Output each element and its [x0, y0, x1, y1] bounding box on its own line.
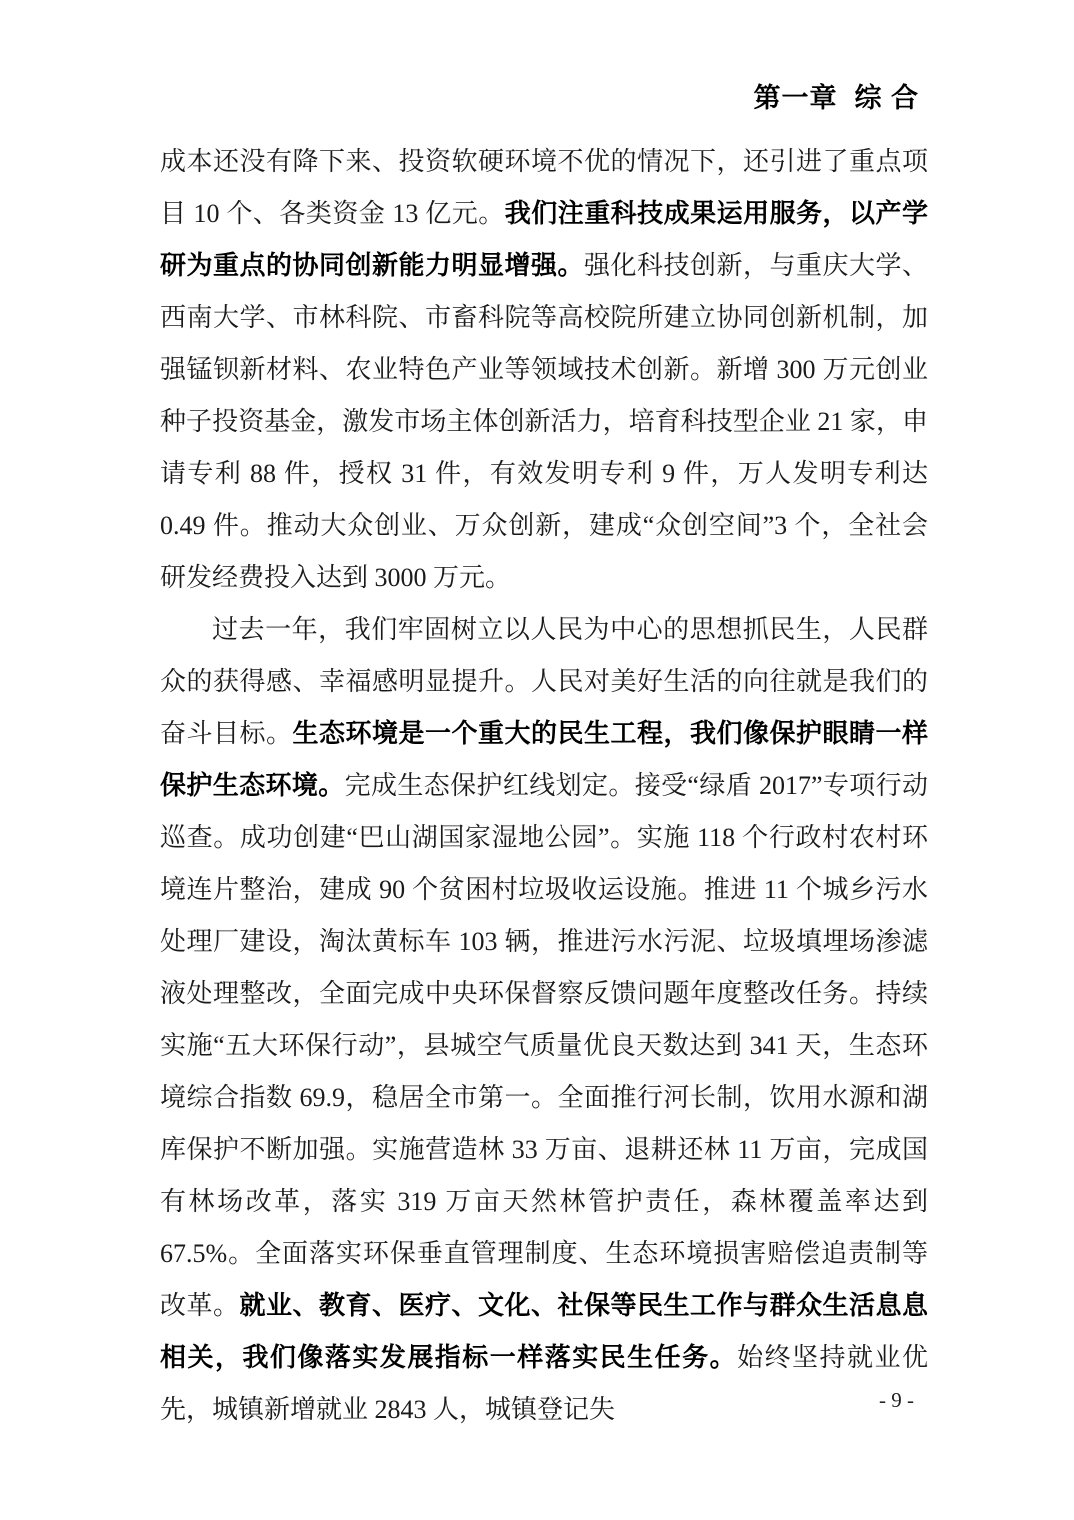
text-run: 完成生态保护红线划定。接受“绿盾 2017”专项行动巡查。成功创建“巴山湖国家湿… — [160, 771, 928, 1320]
page-number: - 9 - — [879, 1388, 914, 1413]
text-run: 强化科技创新，与重庆大学、西南大学、市林科院、市畜科院等高校院所建立协同创新机制… — [160, 251, 928, 592]
document-body: 成本还没有降下来、投资软硬环境不优的情况下，还引进了重点项目 10 个、各类资金… — [160, 136, 928, 1436]
document-page: 第一章 综 合 成本还没有降下来、投资软硬环境不优的情况下，还引进了重点项目 1… — [0, 0, 1074, 1520]
paragraph-people-livelihood: 过去一年，我们牢固树立以人民为中心的思想抓民生，人民群众的获得感、幸福感明显提升… — [160, 604, 928, 1436]
paragraph-continuation: 成本还没有降下来、投资软硬环境不优的情况下，还引进了重点项目 10 个、各类资金… — [160, 136, 928, 604]
chapter-title: 第一章 综 合 — [753, 76, 919, 115]
